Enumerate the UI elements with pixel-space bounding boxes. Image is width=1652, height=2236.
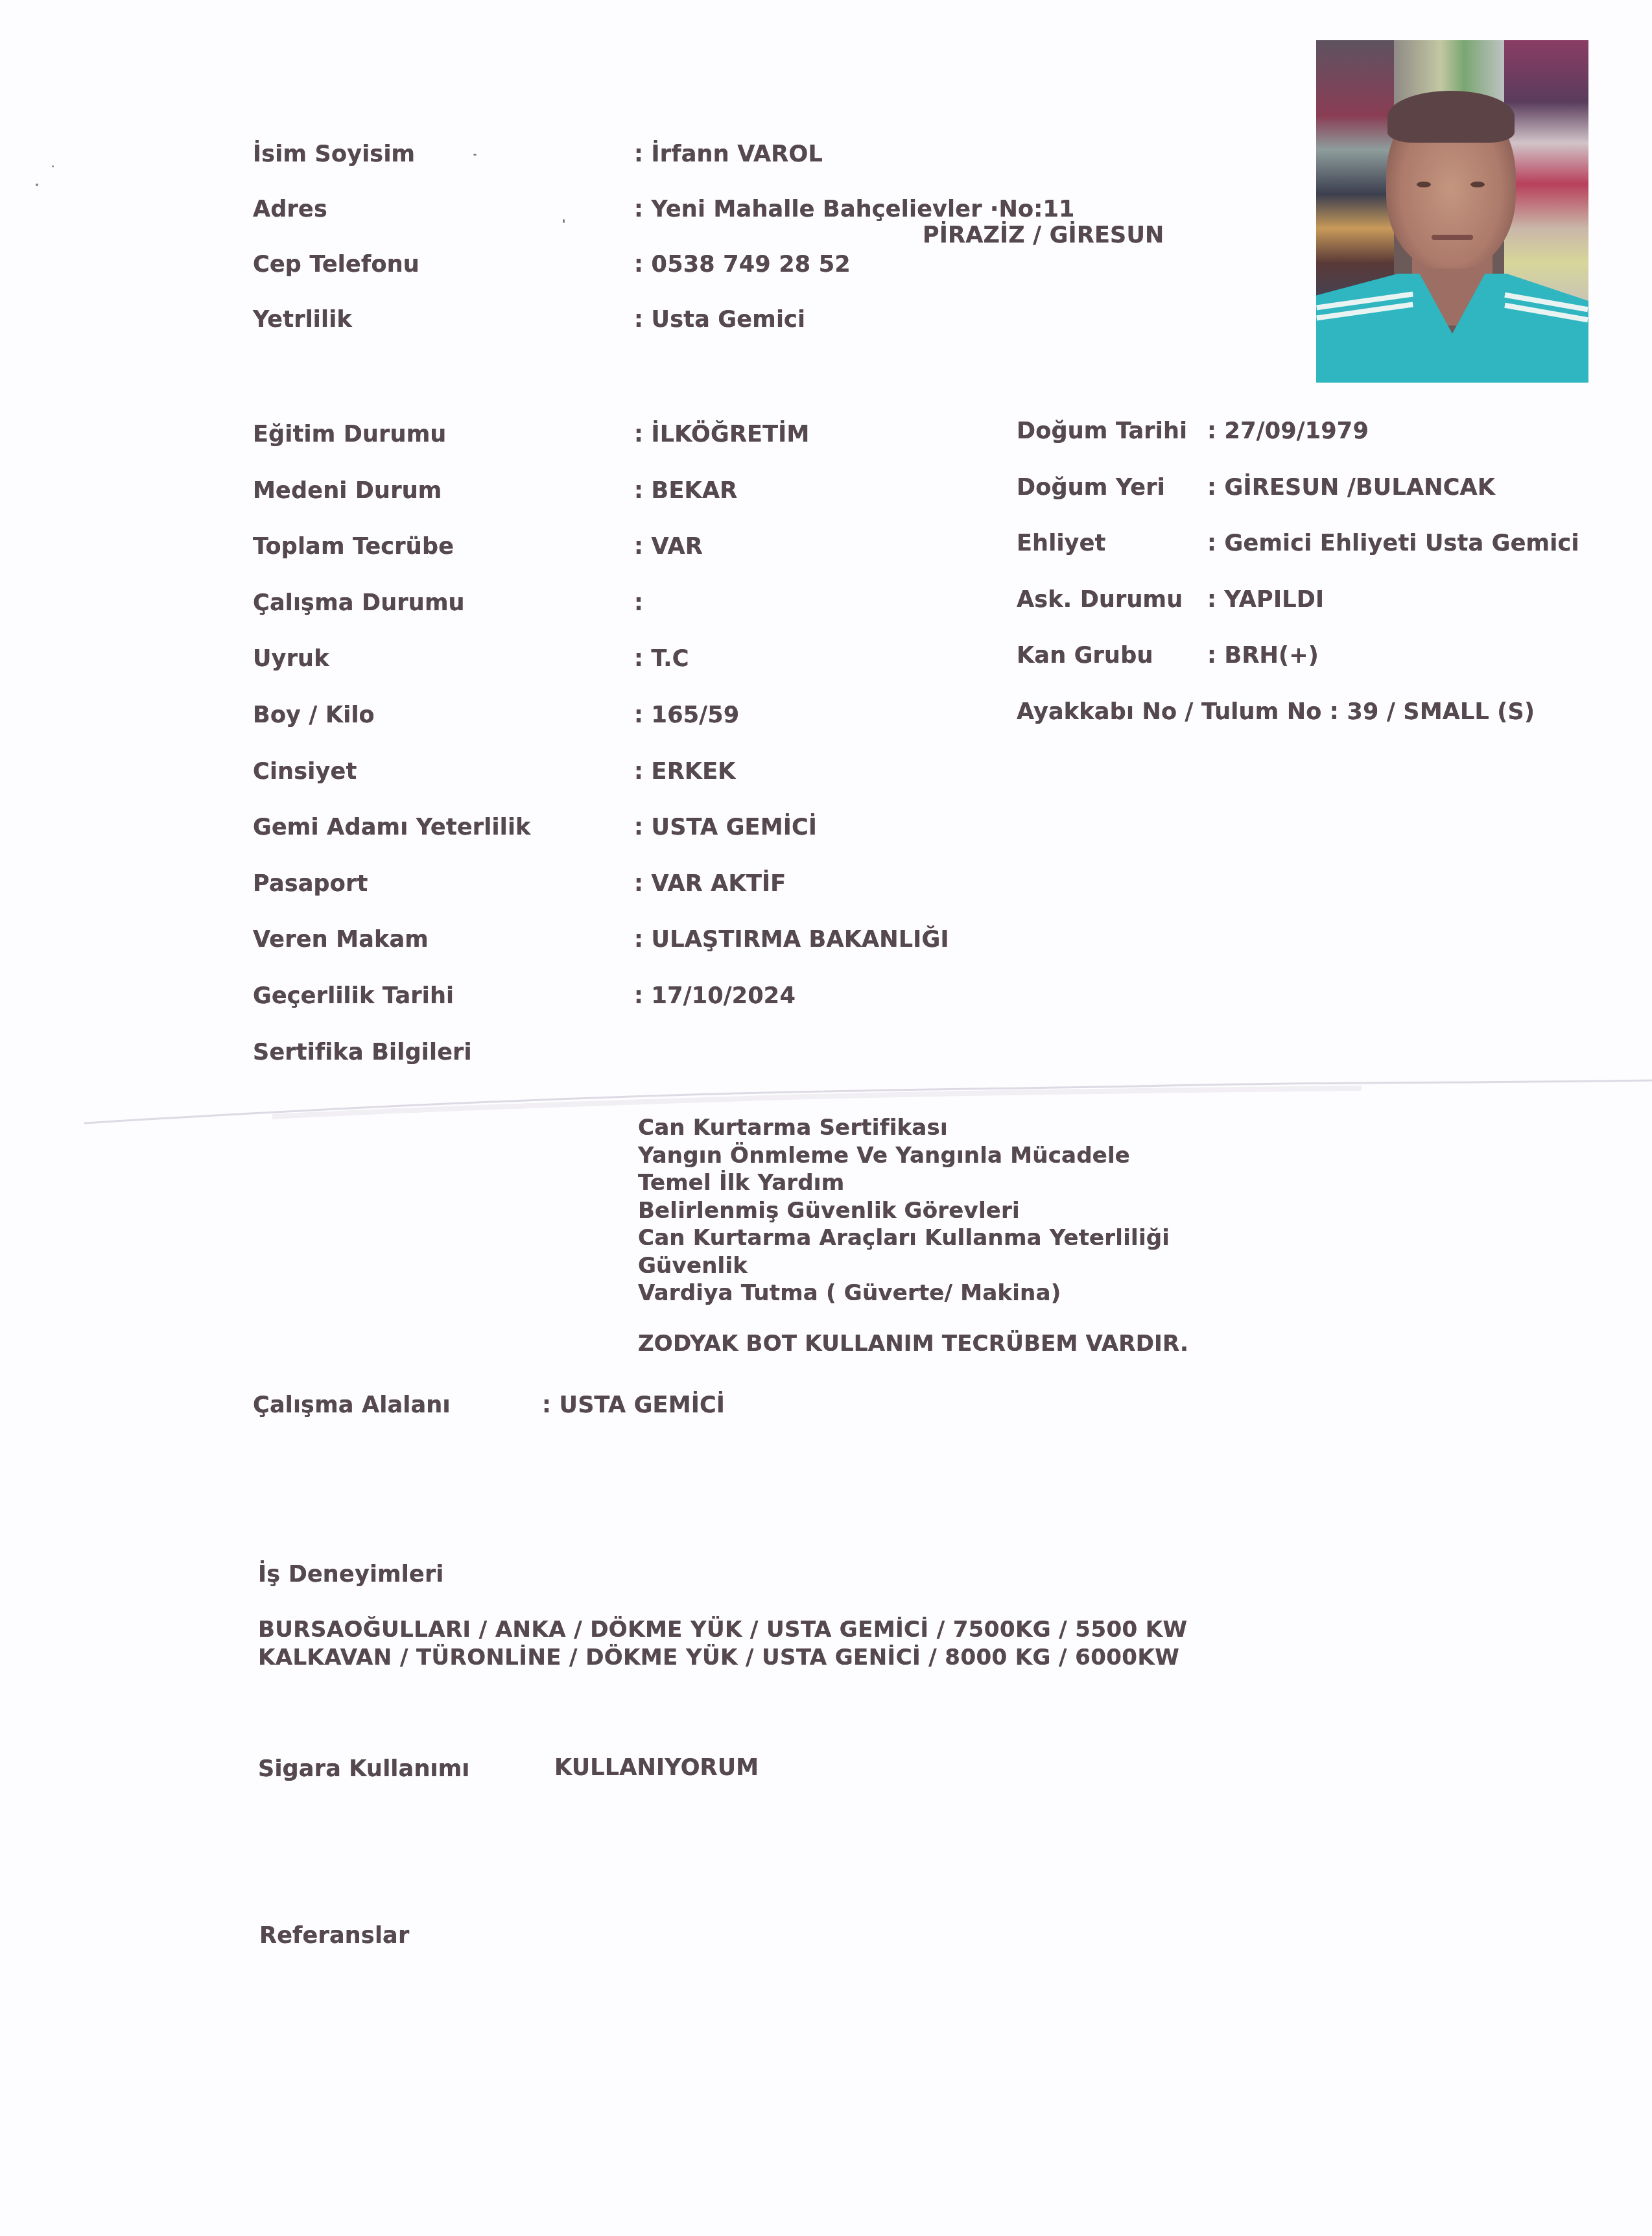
detail-label: Sertifika Bilgileri: [253, 1041, 472, 1064]
detail-label: Cinsiyet: [253, 761, 357, 783]
detail-value: : USTA GEMİCİ: [634, 816, 817, 839]
detail-value: : ERKEK: [634, 761, 736, 783]
cv-page: İsim Soyisim : İrfann VAROL Adres : Yeni…: [0, 0, 1652, 2236]
scan-speck: [36, 184, 38, 186]
photo-eye-left: [1417, 182, 1431, 187]
smoking-value: KULLANIYORUM: [554, 1757, 759, 1779]
detail-value: : BRH(+): [1207, 645, 1319, 667]
detail-label: Ehliyet: [1017, 532, 1106, 555]
detail-label: Ask. Durumu: [1017, 589, 1183, 612]
detail-label: Uyruk: [253, 648, 329, 671]
detail-label: Geçerlilik Tarihi: [253, 985, 454, 1008]
experience-item: KALKAVAN / TÜRONLİNE / DÖKME YÜK / USTA …: [258, 1647, 1179, 1669]
experience-item: BURSAOĞULLARI / ANKA / DÖKME YÜK / USTA …: [258, 1619, 1187, 1641]
scan-speck: [52, 165, 54, 167]
certificate-item: Belirlenmiş Güvenlik Görevleri: [638, 1200, 1020, 1222]
detail-value: : 165/59: [634, 704, 739, 727]
phone-value: : 0538 749 28 52: [634, 254, 851, 276]
smoking-label: Sigara Kullanımı: [258, 1758, 470, 1781]
detail-value: : ULAŞTIRMA BAKANLIĞI: [634, 929, 949, 951]
photo-eye-right: [1470, 182, 1485, 187]
detail-label: Kan Grubu: [1017, 645, 1153, 667]
detail-value: : İLKÖĞRETİM: [634, 423, 810, 446]
detail-value: : VAR: [634, 536, 703, 558]
work-area-value: : USTA GEMİCİ: [542, 1394, 725, 1417]
detail-label: Pasaport: [253, 873, 368, 896]
detail-value: : GİRESUN /BULANCAK: [1207, 477, 1495, 499]
detail-value: : Gemici Ehliyeti Usta Gemici: [1207, 532, 1579, 555]
certificate-item: Temel İlk Yardım: [638, 1172, 844, 1194]
work-area-label: Çalışma Alalanı: [253, 1394, 451, 1417]
detail-label: Çalışma Durumu: [253, 592, 465, 615]
address-label: Adres: [253, 198, 327, 221]
name-label: İsim Soyisim: [253, 143, 415, 166]
detail-value: : 27/09/1979: [1207, 420, 1369, 443]
detail-label: Doğum Tarihi: [1017, 420, 1187, 443]
address-value-line2: PİRAZİZ / GİRESUN: [923, 224, 1164, 247]
certificate-item: Güvenlik: [638, 1255, 748, 1277]
qualification-value: : Usta Gemici: [634, 309, 805, 331]
photo-hair: [1387, 91, 1515, 143]
scan-speck: [563, 219, 565, 223]
phone-label: Cep Telefonu: [253, 254, 419, 276]
detail-label: Gemi Adamı Yeterlilik: [253, 816, 531, 839]
detail-value: : VAR AKTİF: [634, 873, 786, 896]
detail-label: Eğitim Durumu: [253, 423, 446, 446]
detail-value: : T.C: [634, 648, 689, 671]
name-value: : İrfann VAROL: [634, 143, 823, 166]
portrait-photo: [1316, 40, 1588, 383]
detail-value: : BEKAR: [634, 480, 737, 503]
certificate-item: Vardiya Tutma ( Güverte/ Makina): [638, 1282, 1061, 1304]
detail-label: Doğum Yeri: [1017, 477, 1165, 499]
scan-speck: [473, 154, 477, 156]
detail-value: : 17/10/2024: [634, 985, 796, 1008]
certificate-item: Can Kurtarma Sertifikası: [638, 1117, 948, 1139]
certificate-item: Yangın Önmleme Ve Yangınla Mücadele: [638, 1145, 1130, 1167]
detail-label: Toplam Tecrübe: [253, 536, 454, 558]
certificate-item: Can Kurtarma Araçları Kullanma Yeterlili…: [638, 1227, 1170, 1249]
detail-label: Veren Makam: [253, 929, 429, 951]
experience-title: İş Deneyimleri: [258, 1564, 444, 1586]
certificate-note: ZODYAK BOT KULLANIM TECRÜBEM VARDIR.: [638, 1333, 1188, 1355]
detail-label: Medeni Durum: [253, 480, 442, 503]
detail-value: :: [634, 592, 643, 615]
qualification-label: Yetrlilik: [253, 309, 352, 331]
detail-value: : YAPILDI: [1207, 589, 1324, 612]
photo-mouth: [1432, 235, 1473, 240]
references-label: Referanslar: [259, 1925, 409, 1947]
address-value: : Yeni Mahalle Bahçelievler ·No:11: [634, 198, 1075, 221]
detail-label: Boy / Kilo: [253, 704, 375, 727]
detail-label: Ayakkabı No / Tulum No : 39 / SMALL (S): [1017, 701, 1535, 724]
